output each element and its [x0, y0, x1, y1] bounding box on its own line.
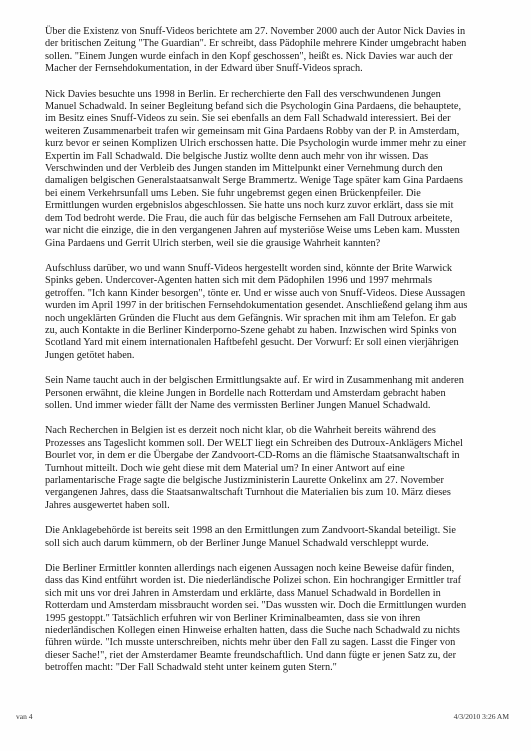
text-line: noch ungeklärten Gründen die Flucht aus … — [45, 313, 525, 325]
paragraph: Die Berliner Ermittler konnten allerding… — [45, 563, 525, 675]
text-line: Nick Davies besuchte uns 1998 in Berlin.… — [45, 89, 525, 101]
text-line: Prozesses ans Tageslicht kommen soll. De… — [45, 438, 525, 450]
paragraph: Die Anklagebehörde ist bereits seit 1998… — [45, 525, 525, 550]
text-line: Turnhout mitteilt. Doch wie geht diese m… — [45, 463, 525, 475]
footer-timestamp: 4/3/2010 3:26 AM — [454, 712, 509, 721]
text-line: Aufschluss darüber, wo und wann Snuff-Vi… — [45, 263, 525, 275]
paragraph: Sein Name taucht auch in der belgischen … — [45, 375, 525, 412]
text-line: Jungen getötet haben. — [45, 350, 525, 362]
text-line: damaligen belgischen Generalstaatsanwalt… — [45, 175, 525, 187]
text-line: Jahres ausgewertet haben soll. — [45, 500, 525, 512]
text-line: Scotland Yard mit einem internationalen … — [45, 337, 525, 349]
text-line: Verschwinden und der Verbleib des Jungen… — [45, 163, 525, 175]
text-line: Manuel Schadwald. In seiner Begleitung b… — [45, 101, 525, 113]
article-body: Über die Existenz von Snuff-Videos beric… — [45, 26, 525, 688]
text-line: Bourlet vor, in dem er die Übergabe der … — [45, 450, 525, 462]
text-line: bei einem Verkehrsunfall ums Leben. Sie … — [45, 188, 525, 200]
text-line: Sein Name taucht auch in der belgischen … — [45, 375, 525, 387]
text-line: Rotterdam und Amsterdam missbraucht word… — [45, 600, 525, 612]
text-line: im Besitz eines Snuff-Videos zu sein. Si… — [45, 113, 525, 125]
text-line: sollen. "Einem Jungen wurde einfach in d… — [45, 51, 525, 63]
paragraph: Nach Recherchen in Belgien ist es derzei… — [45, 425, 525, 512]
text-line: dem Tod bedroht werde. Die Frau, die auc… — [45, 213, 525, 225]
paragraph: Über die Existenz von Snuff-Videos beric… — [45, 26, 525, 76]
text-line: getroffen. "Ich kann Kinder besorgen", t… — [45, 288, 525, 300]
text-line: war nicht die einzige, die in den vergan… — [45, 225, 525, 237]
text-line: Spinks geben. Undercover-Agenten hatten … — [45, 275, 525, 287]
text-line: Gina Pardaens und Gerrit Ulrich sterben,… — [45, 238, 525, 250]
text-line: parlamentarische Frage sagte die belgisc… — [45, 475, 525, 487]
text-line: niederländischen Kollegen einen Hinweise… — [45, 625, 525, 637]
text-line: kurz bevor er seinen Komplizen Ulrich er… — [45, 138, 525, 150]
text-line: Nach Recherchen in Belgien ist es derzei… — [45, 425, 525, 437]
text-line: Expertin im Fall Schadwald. Die belgisch… — [45, 151, 525, 163]
text-line: soll sich auch darum kümmern, ob der Ber… — [45, 538, 525, 550]
text-line: der britischen Zeitung "The Guardian". E… — [45, 38, 525, 50]
text-line: Macher der Fernsehdokumentation, in der … — [45, 63, 525, 75]
text-line: dass das Kind entführt worden ist. Die n… — [45, 575, 525, 587]
document-page: Über die Existenz von Snuff-Videos beric… — [0, 0, 531, 751]
text-line: weiteren Zusammenarbeit trafen wir gemei… — [45, 126, 525, 138]
text-line: Die Berliner Ermittler konnten allerding… — [45, 563, 525, 575]
text-line: 1995 gestoppt." Tatsächlich erfuhren wir… — [45, 613, 525, 625]
text-line: betroffen macht: "Der Fall Schadwald ste… — [45, 662, 525, 674]
text-line: Die Anklagebehörde ist bereits seit 1998… — [45, 525, 525, 537]
text-line: führen würde. "Ich musste unterschreiben… — [45, 637, 525, 649]
text-line: sich mit uns vor drei Jahren in Amsterda… — [45, 588, 525, 600]
text-line: dieser Sache!", riet der Amsterdamer Bea… — [45, 650, 525, 662]
text-line: Über die Existenz von Snuff-Videos beric… — [45, 26, 525, 38]
text-line: sollen. Und immer wieder fällt der Name … — [45, 400, 525, 412]
text-line: Ermittlungen wurden ergebnislos abgeschl… — [45, 200, 525, 212]
text-line: wurden im April 1997 in der britischen F… — [45, 300, 525, 312]
text-line: Personen erwähnt, die kleine Jungen in B… — [45, 388, 525, 400]
text-line: zu, auch Kontakte in die Berliner Kinder… — [45, 325, 525, 337]
text-line: vergangenen Jahres, dass die Staatsanwal… — [45, 487, 525, 499]
footer-page-label: van 4 — [16, 712, 32, 721]
paragraph: Nick Davies besuchte uns 1998 in Berlin.… — [45, 89, 525, 250]
paragraph: Aufschluss darüber, wo und wann Snuff-Vi… — [45, 263, 525, 362]
